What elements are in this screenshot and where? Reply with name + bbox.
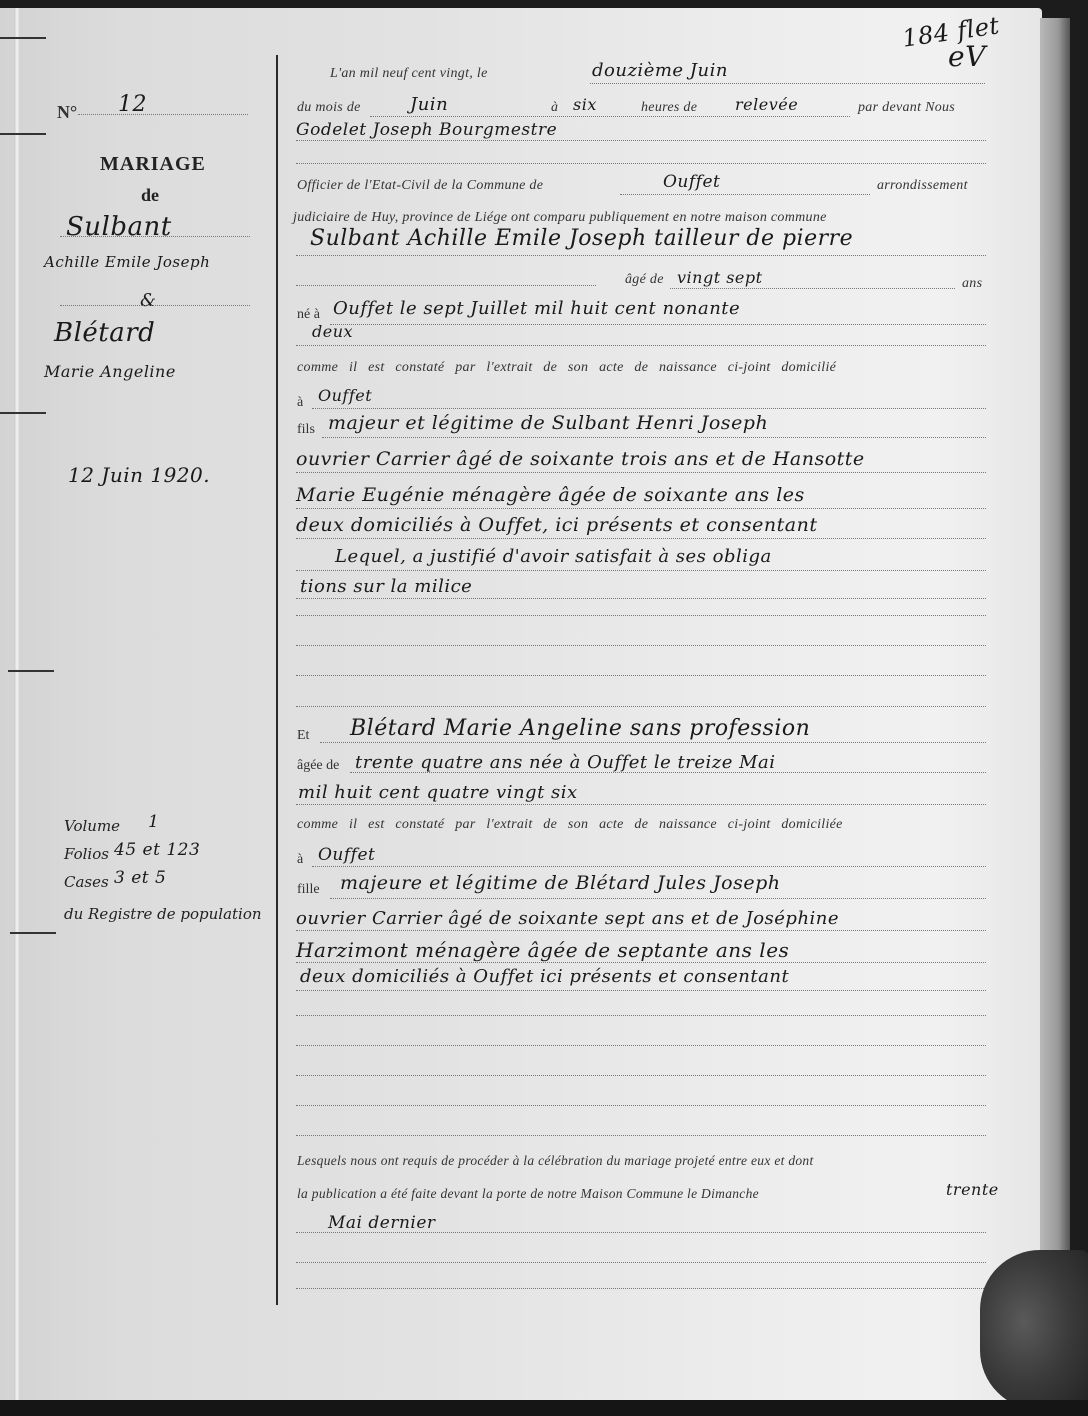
bottom-shadow xyxy=(0,1400,1088,1416)
groom-surname: Sulbant xyxy=(66,212,172,242)
bride-extract-text: comme il est constaté par l'extrait de s… xyxy=(297,817,843,833)
hours-label: heures de xyxy=(641,100,697,116)
month-label: du mois de xyxy=(297,100,361,116)
binding-stitch xyxy=(0,37,46,39)
jurisdiction-text: judiciaire de Huy, province de Liége ont… xyxy=(293,210,827,226)
register-volume-value: 1 xyxy=(148,812,159,832)
groom-birth-cont-hand: deux xyxy=(312,322,353,341)
number-label: N° xyxy=(57,102,77,123)
bride-parents-hand: majeure et légitime de Blétard Jules Jos… xyxy=(340,872,780,894)
conjunction: & xyxy=(140,290,157,311)
mariage-title: MARIAGE xyxy=(100,153,206,176)
militia-cont-hand: tions sur la milice xyxy=(300,576,472,597)
binding-gutter xyxy=(14,8,20,1408)
bride-given-names: Marie Angeline xyxy=(44,362,176,381)
publication-day-hand: trente xyxy=(946,1180,999,1199)
binding-stitch xyxy=(10,932,56,934)
bride-birth-year-hand: mil huit cent quatre vingt six xyxy=(298,782,578,803)
officer-label: Officier de l'Etat-Civil de la Commune d… xyxy=(297,178,543,194)
binding-stitch xyxy=(0,133,46,135)
publication-text: la publication a été faite devant la por… xyxy=(297,1186,759,1202)
binding-stitch xyxy=(0,412,46,414)
groom-domicile-label: à xyxy=(297,395,303,411)
register-volume-label: Volume xyxy=(64,817,120,835)
and-label: Et xyxy=(297,728,309,744)
register-footer: du Registre de population xyxy=(64,905,262,923)
militia-hand: Lequel, a justifié d'avoir satisfait à s… xyxy=(335,546,772,567)
hour-hand: six xyxy=(573,95,597,114)
bride-age-birth-hand: trente quatre ans née à Ouffet le treize… xyxy=(355,752,776,773)
daughter-label: fille xyxy=(297,882,320,898)
groom-extract-text: comme il est constaté par l'extrait de s… xyxy=(297,360,836,376)
groom-father-hand: ouvrier Carrier âgé de soixante trois an… xyxy=(296,448,865,470)
groom-name-hand: Sulbant Achille Emile Joseph tailleur de… xyxy=(310,226,853,251)
marriage-date: 12 Juin 1920. xyxy=(68,463,210,487)
day-hand: douzième Juin xyxy=(592,60,728,81)
publication-month-hand: Mai dernier xyxy=(328,1213,436,1233)
groom-parents-domicile-hand: deux domiciliés à Ouffet, ici présents e… xyxy=(296,514,817,536)
column-divider xyxy=(276,55,278,1305)
groom-given-names: Achille Emile Joseph xyxy=(44,253,210,271)
request-text: Lesquels nous ont requis de procéder à l… xyxy=(297,1153,814,1169)
bride-domicile-label: à xyxy=(297,852,303,868)
before-us-label: par devant Nous xyxy=(858,100,955,116)
groom-age-label: âgé de xyxy=(625,272,664,288)
bride-parents-domicile-hand: deux domiciliés à Ouffet ici présents et… xyxy=(300,966,789,987)
register-cases-label: Cases xyxy=(64,873,109,891)
groom-parents-hand: majeur et légitime de Sulbant Henri Jose… xyxy=(328,412,768,434)
born-label: né à xyxy=(297,307,320,323)
groom-birth-hand: Ouffet le sept Juillet mil huit cent non… xyxy=(333,298,740,319)
month-hand: Juin xyxy=(410,94,448,115)
years-label: ans xyxy=(962,276,982,292)
bride-surname: Blétard xyxy=(54,318,155,348)
mariage-de: de xyxy=(141,185,159,206)
corner-note-line2: eV xyxy=(948,40,986,73)
intro-text: L'an mil neuf cent vingt, le xyxy=(330,66,488,82)
bride-domicile-hand: Ouffet xyxy=(318,845,375,865)
son-label: fils xyxy=(297,422,315,438)
page-edge xyxy=(1040,18,1070,1416)
bride-name-hand: Blétard Marie Angeline sans profession xyxy=(350,716,810,741)
arrondissement-label: arrondissement xyxy=(877,178,968,194)
holding-thumb xyxy=(980,1250,1088,1410)
groom-age-hand: vingt sept xyxy=(677,268,763,287)
groom-domicile-hand: Ouffet xyxy=(318,386,372,405)
bride-father-hand: ouvrier Carrier âgé de soixante sept ans… xyxy=(296,908,839,929)
hour-label: à xyxy=(551,100,558,116)
officer-name-hand: Godelet Joseph Bourgmestre xyxy=(296,120,557,140)
register-folios-label: Folios xyxy=(64,845,109,863)
binding-stitch xyxy=(8,670,54,672)
time-of-day-hand: relevée xyxy=(735,95,798,114)
bride-mother-hand: Harzimont ménagère âgée de septante ans … xyxy=(296,938,789,962)
commune-hand: Ouffet xyxy=(663,172,720,192)
register-cases-value: 3 et 5 xyxy=(114,868,166,888)
register-folios-value: 45 et 123 xyxy=(114,840,200,860)
bride-age-label: âgée de xyxy=(297,758,339,774)
groom-mother-hand: Marie Eugénie ménagère âgée de soixante … xyxy=(296,484,805,506)
